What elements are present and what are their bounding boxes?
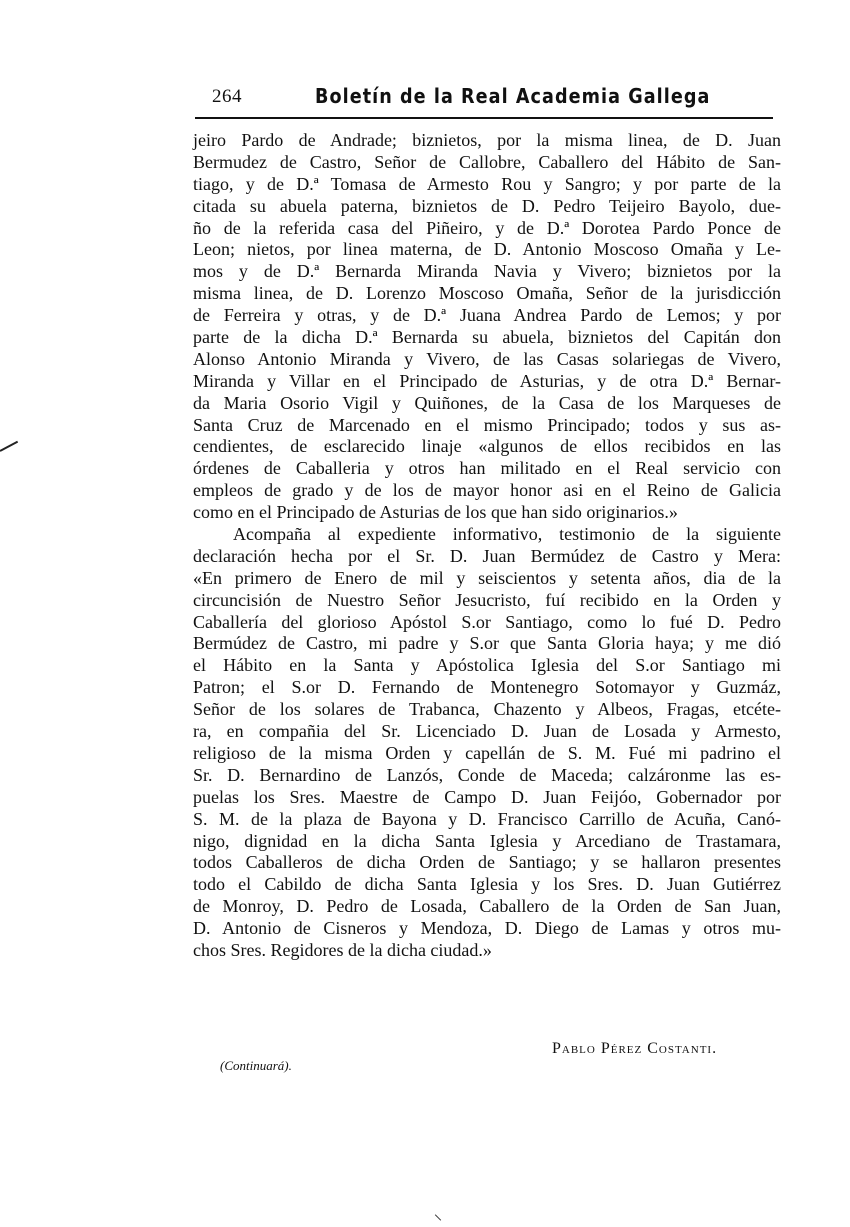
text-line: de Monroy, D. Pedro de Losada, Caballero… [193, 896, 781, 918]
margin-scan-mark [0, 441, 18, 452]
continuation-note: (Continuará). [220, 1058, 292, 1074]
text-line: Santa Cruz de Marcenado en el mismo Prin… [193, 415, 781, 437]
text-line: nigo, dignidad en la dicha Santa Iglesia… [193, 831, 781, 853]
text-line: como en el Principado de Asturias de los… [193, 502, 781, 524]
text-line: Miranda y Villar en el Principado de Ast… [193, 371, 781, 393]
text-line: Acompaña al expediente informativo, test… [193, 524, 781, 546]
text-line: tiago, y de D.ª Tomasa de Armesto Rou y … [193, 174, 781, 196]
text-line: ño de la referida casa del Piñeiro, y de… [193, 218, 781, 240]
text-line: Leon; nietos, por linea materna, de D. A… [193, 239, 781, 261]
text-line: religioso de la misma Orden y capellán d… [193, 743, 781, 765]
text-line: da Maria Osorio Vigil y Quiñones, de la … [193, 393, 781, 415]
text-line: ra, en compañia del Sr. Licenciado D. Ju… [193, 721, 781, 743]
running-title: Boletín de la Real Academia Gallega [315, 84, 710, 108]
text-line: empleos de grado y de los de mayor honor… [193, 480, 781, 502]
text-line: órdenes de Caballeria y otros han milita… [193, 458, 781, 480]
text-line: chos Sres. Regidores de la dicha ciudad.… [193, 940, 781, 962]
body-text: jeiro Pardo de Andrade; biznietos, por l… [193, 130, 781, 962]
text-line: todos Caballeros de dicha Orden de Santi… [193, 852, 781, 874]
text-line: Bermúdez de Castro, mi padre y S.or que … [193, 633, 781, 655]
author-signature: Pablo Pérez Costanti. [552, 1040, 717, 1058]
text-line: S. M. de la plaza de Bayona y D. Francis… [193, 809, 781, 831]
text-line: Sr. D. Bernardino de Lanzós, Conde de Ma… [193, 765, 781, 787]
text-line: parte de la dicha D.ª Bernarda su abuela… [193, 327, 781, 349]
text-line: Señor de los solares de Trabanca, Chazen… [193, 699, 781, 721]
text-line: Patron; el S.or D. Fernando de Montenegr… [193, 677, 781, 699]
text-line: misma linea, de D. Lorenzo Moscoso Omaña… [193, 283, 781, 305]
page-number: 264 [212, 86, 242, 108]
text-line: citada su abuela paterna, biznietos de D… [193, 196, 781, 218]
text-line: Caballería del glorioso Apóstol S.or San… [193, 612, 781, 634]
text-line: cendientes, de esclarecido linaje «algun… [193, 436, 781, 458]
text-line: todo el Cabildo de dicha Santa Iglesia y… [193, 874, 781, 896]
text-line: el Hábito en la Santa y Apóstolica Igles… [193, 655, 781, 677]
bottom-scan-mark [435, 1214, 441, 1220]
header-rule [195, 117, 773, 119]
text-line: declaración hecha por el Sr. D. Juan Ber… [193, 546, 781, 568]
page-header: 264 Boletín de la Real Academia Gallega [192, 84, 774, 114]
text-line: de Ferreira y otras, y de D.ª Juana Andr… [193, 305, 781, 327]
text-line: Alonso Antonio Miranda y Vivero, de las … [193, 349, 781, 371]
text-line: D. Antonio de Cisneros y Mendoza, D. Die… [193, 918, 781, 940]
text-line: «En primero de Enero de mil y seisciento… [193, 568, 781, 590]
text-line: jeiro Pardo de Andrade; biznietos, por l… [193, 130, 781, 152]
text-line: circuncisión de Nuestro Señor Jesucristo… [193, 590, 781, 612]
text-line: puelas los Sres. Maestre de Campo D. Jua… [193, 787, 781, 809]
text-line: mos y de D.ª Bernarda Miranda Navia y Vi… [193, 261, 781, 283]
text-line: Bermudez de Castro, Señor de Callobre, C… [193, 152, 781, 174]
